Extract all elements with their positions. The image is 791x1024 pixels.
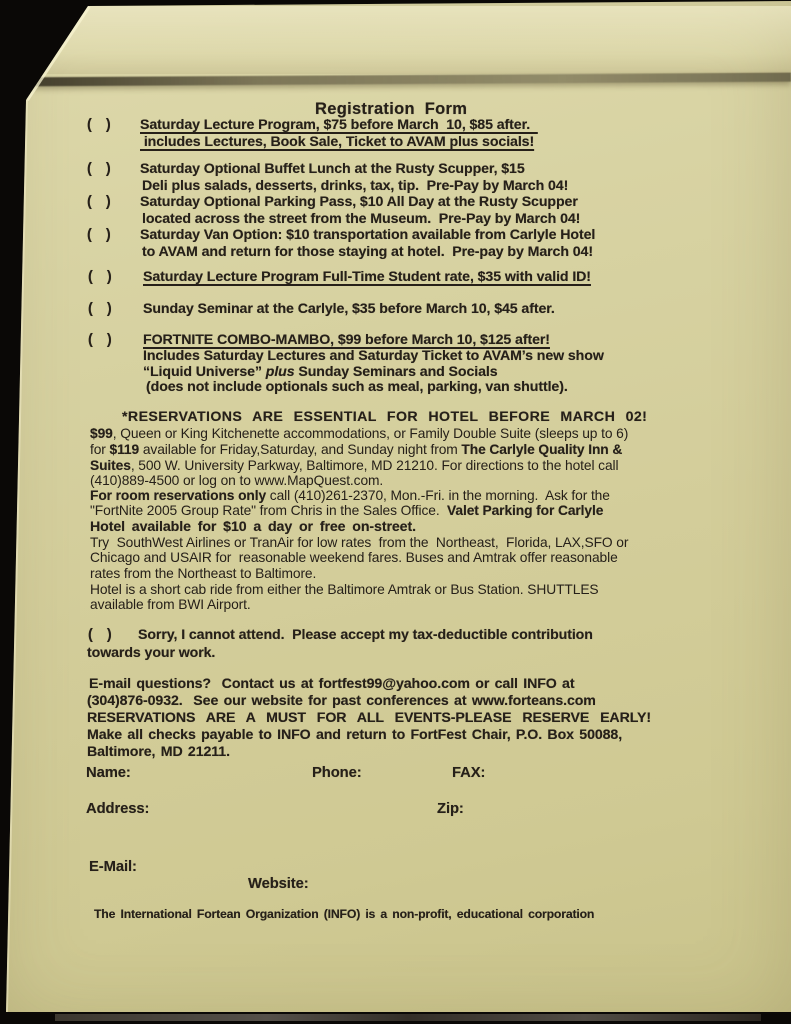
option-sunday-seminar-line: Sunday Seminar at the Carlyle, $35 befor… <box>143 301 555 317</box>
field-label-fax: FAX: <box>452 765 485 782</box>
hotel-line-6: "FortNite 2005 Group Rate" from Chris in… <box>90 503 603 519</box>
option-van-option-line2: to AVAM and return for those staying at … <box>142 244 593 260</box>
hotel-line-10: rates from the Northeast to Baltimore. <box>90 566 316 582</box>
hotel-reservations-heading: *RESERVATIONS ARE ESSENTIAL FOR HOTEL BE… <box>122 409 647 425</box>
paper-fold-crease <box>30 73 791 87</box>
paper-curl-highlight <box>30 6 791 74</box>
option-lecture-program-line2: includes Lectures, Book Sale, Ticket to … <box>140 134 534 150</box>
scanned-registration-form: { "title": "Registration Form", "checkbo… <box>0 0 791 1024</box>
contact-line-2: (304)876-0932. See our website for past … <box>87 693 596 709</box>
option-lecture-program-line1: Saturday Lecture Program, $75 before Mar… <box>140 117 538 133</box>
hotel-line-4: (410)889-4500 or log on to www.MapQuest.… <box>90 473 383 489</box>
contact-line-3: RESERVATIONS ARE A MUST FOR ALL EVENTS-P… <box>87 710 651 726</box>
checkbox-lecture-program: ( ) <box>87 117 113 134</box>
hotel-line-2-pre: for <box>90 442 110 457</box>
option-student-rate-line: Saturday Lecture Program Full-Time Stude… <box>143 269 591 285</box>
paper-left-edge <box>6 100 28 1013</box>
hotel-rate-119: $119 <box>110 442 140 457</box>
valet-parking-bold: Valet Parking for Carlyle <box>447 503 603 518</box>
hotel-line-5-rest: call (410)261-2370, Mon.-Fri. in the mor… <box>266 488 610 503</box>
hotel-line-7: Hotel available for $10 a day or free on… <box>90 519 416 535</box>
option-parking-pass-line1: Saturday Optional Parking Pass, $10 All … <box>140 194 578 210</box>
checkbox-cannot-attend: ( ) <box>88 627 114 644</box>
field-label-name: Name: <box>86 765 131 782</box>
option-combo-mambo-line2: Includes Saturday Lectures and Saturday … <box>143 348 604 364</box>
field-label-phone: Phone: <box>312 765 362 782</box>
option-buffet-lunch-line2: Deli plus salads, desserts, drinks, tax,… <box>142 178 568 194</box>
background-bottom-strip <box>0 1012 791 1024</box>
table-edge <box>55 1014 761 1021</box>
option-buffet-lunch-line1: Saturday Optional Buffet Lunch at the Ru… <box>140 161 525 177</box>
checkbox-parking-pass: ( ) <box>87 194 113 211</box>
checkbox-combo-mambo: ( ) <box>88 332 114 349</box>
checkbox-buffet-lunch: ( ) <box>87 161 113 178</box>
option-van-option-line1: Saturday Van Option: $10 transportation … <box>140 227 595 243</box>
option-combo-mambo-line3: “Liquid Universe” plus Sunday Seminars a… <box>143 364 498 380</box>
hotel-line-12: available from BWI Airport. <box>90 597 251 613</box>
hotel-line-1-rest: , Queen or King Kitchenette accommodatio… <box>113 426 628 441</box>
cannot-attend-line1: Sorry, I cannot attend. Please accept my… <box>138 627 593 643</box>
combo-line3-pre: “Liquid Universe” <box>143 364 266 380</box>
cannot-attend-line2: towards your work. <box>87 645 215 661</box>
contact-line-5: Baltimore, MD 21211. <box>87 744 230 760</box>
option-parking-pass-line2: located across the street from the Museu… <box>142 211 580 227</box>
room-reservations-bold: For room reservations only <box>90 488 266 503</box>
hotel-line-9: Chicago and USAIR for reasonable weekend… <box>90 550 618 566</box>
hotel-line-11: Hotel is a short cab ride from either th… <box>90 582 599 598</box>
field-label-address: Address: <box>86 801 149 818</box>
hotel-line-2-mid: available for Friday,Saturday, and Sunda… <box>139 442 461 457</box>
hotel-line-3-rest: , 500 W. University Parkway, Baltimore, … <box>131 458 619 473</box>
field-label-email: E-Mail: <box>89 859 137 876</box>
checkbox-van-option: ( ) <box>87 227 113 244</box>
hotel-rate-99: $99 <box>90 426 113 441</box>
checkbox-student-rate: ( ) <box>88 269 114 286</box>
option-combo-mambo-line4: (does not include optionals such as meal… <box>146 379 568 395</box>
checkbox-sunday-seminar: ( ) <box>88 301 114 318</box>
hotel-line-2: for $119 available for Friday,Saturday, … <box>90 442 622 458</box>
field-label-zip: Zip: <box>437 801 464 818</box>
hotel-line-3: Suites, 500 W. University Parkway, Balti… <box>90 458 618 474</box>
contact-line-1: E-mail questions? Contact us at fortfest… <box>89 676 574 692</box>
hotel-line-1: $99, Queen or King Kitchenette accommoda… <box>90 426 628 442</box>
hotel-suites-bold: Suites <box>90 458 131 473</box>
option-combo-mambo-line1: FORTNITE COMBO-MAMBO, $99 before March 1… <box>143 332 550 348</box>
hotel-name-bold: The Carlyle Quality Inn & <box>461 442 622 457</box>
contact-line-4: Make all checks payable to INFO and retu… <box>87 727 622 743</box>
combo-line3-post: Sunday Seminars and Socials <box>295 364 498 380</box>
footer-nonprofit-note: The International Fortean Organization (… <box>94 907 594 921</box>
hotel-line-5: For room reservations only call (410)261… <box>90 488 610 504</box>
combo-line3-plus-italic: plus <box>266 364 295 380</box>
hotel-line-6-pre: "FortNite 2005 Group Rate" from Chris in… <box>90 503 447 518</box>
hotel-line-8: Try SouthWest Airlines or TranAir for lo… <box>90 535 628 551</box>
field-label-website: Website: <box>248 876 309 893</box>
